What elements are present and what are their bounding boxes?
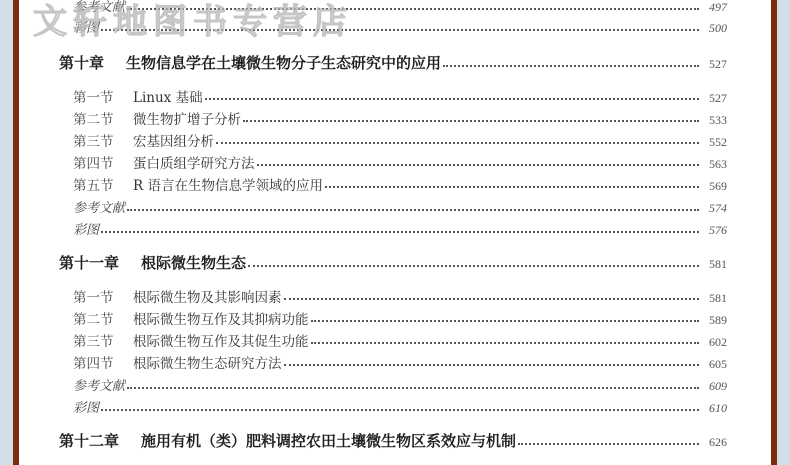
section-number: 第三节	[73, 130, 133, 150]
dot-leader	[443, 65, 699, 67]
entry-label: 参考文献	[73, 375, 125, 394]
dot-leader	[101, 409, 699, 411]
page-number: 589	[705, 313, 727, 328]
section-title: 根际微生物互作及其抑病功能	[133, 308, 309, 328]
toc-section: 第五节 R 语言在生物信息学领域的应用 569	[73, 174, 727, 194]
section-title: Linux 基础	[133, 86, 203, 106]
toc-section: 第三节 宏基因组分析 552	[73, 130, 727, 150]
right-page-border	[771, 0, 777, 465]
entry-label: 参考文献	[73, 197, 125, 216]
section-number: 第二节	[73, 108, 133, 128]
toc-entry-references: 参考文献 609	[73, 375, 727, 394]
toc-chapter-12: 第十二章 施用有机（类）肥料调控农田土壤微生物区系效应与机制 626	[59, 430, 727, 451]
section-number: 第一节	[73, 286, 133, 306]
page-number: 527	[705, 57, 727, 72]
section-number: 第五节	[73, 174, 133, 194]
toc-section: 第二节 微生物扩增子分析 533	[73, 108, 727, 128]
dot-leader	[127, 387, 699, 389]
dot-leader	[518, 443, 699, 445]
dot-leader	[284, 364, 700, 366]
page-number: 563	[705, 157, 727, 172]
page-number: 574	[705, 201, 727, 216]
entry-label: 彩图	[73, 219, 99, 238]
page-number: 626	[705, 435, 727, 450]
dot-leader	[311, 320, 700, 322]
entry-label: 彩图	[73, 397, 99, 416]
section-title: R 语言在生物信息学领域的应用	[133, 174, 323, 194]
page-number: 602	[705, 335, 727, 350]
toc-entry-color-plates-prev: 彩图 500	[73, 17, 727, 36]
section-title: 根际微生物生态研究方法	[133, 352, 282, 372]
chapter-title: 施用有机（类）肥料调控农田土壤微生物区系效应与机制	[141, 430, 516, 451]
section-title: 蛋白质组学研究方法	[133, 152, 255, 172]
dot-leader	[243, 120, 699, 122]
section-number: 第四节	[73, 352, 133, 372]
page-number: 569	[705, 179, 727, 194]
section-title: 根际微生物及其影响因素	[133, 286, 282, 306]
dot-leader	[216, 142, 699, 144]
toc-entry-color-plates: 彩图 610	[73, 397, 727, 416]
toc-entry-references: 参考文献 574	[73, 197, 727, 216]
page-number: 552	[705, 135, 727, 150]
page-number: 497	[705, 0, 727, 15]
toc-chapter-10: 第十章 生物信息学在土壤微生物分子生态研究中的应用 527	[59, 52, 727, 73]
page-number: 527	[705, 91, 727, 106]
section-number: 第二节	[73, 308, 133, 328]
dot-leader	[311, 342, 700, 344]
dot-leader	[127, 209, 699, 211]
chapter-number: 第十二章	[59, 430, 119, 451]
toc-section: 第四节 根际微生物生态研究方法 605	[73, 352, 727, 372]
page-number: 605	[705, 357, 727, 372]
toc-section: 第四节 蛋白质组学研究方法 563	[73, 152, 727, 172]
chapter-title: 根际微生物生态	[141, 252, 246, 273]
page-number: 581	[705, 257, 727, 272]
dot-leader	[205, 98, 699, 100]
left-background-panel	[0, 0, 13, 465]
section-title: 微生物扩增子分析	[133, 108, 241, 128]
section-title: 根际微生物互作及其促生功能	[133, 330, 309, 350]
toc-section: 第二节 根际微生物互作及其抑病功能 589	[73, 308, 727, 328]
section-title: 宏基因组分析	[133, 130, 214, 150]
toc-entry-references-prev: 参考文献 497	[73, 0, 727, 15]
page-number: 500	[705, 21, 727, 36]
section-number: 第三节	[73, 330, 133, 350]
page-number: 610	[705, 401, 727, 416]
section-number: 第一节	[73, 86, 133, 106]
dot-leader	[248, 265, 699, 267]
dot-leader	[284, 298, 700, 300]
toc-page: 参考文献 497 彩图 500 第十章 生物信息学在土壤微生物分子生态研究中的应…	[19, 0, 771, 465]
page-number: 609	[705, 379, 727, 394]
dot-leader	[127, 8, 699, 10]
dot-leader	[101, 231, 699, 233]
toc-section: 第三节 根际微生物互作及其促生功能 602	[73, 330, 727, 350]
toc-entry-color-plates: 彩图 576	[73, 219, 727, 238]
chapter-number: 第十章	[59, 52, 104, 73]
dot-leader	[257, 164, 700, 166]
entry-label: 参考文献	[73, 0, 125, 15]
dot-leader	[325, 186, 699, 188]
page-number: 576	[705, 223, 727, 238]
entry-label: 彩图	[73, 17, 99, 36]
chapter-title: 生物信息学在土壤微生物分子生态研究中的应用	[126, 52, 441, 73]
toc-chapter-11: 第十一章 根际微生物生态 581	[59, 252, 727, 273]
toc-section: 第一节 根际微生物及其影响因素 581	[73, 286, 727, 306]
section-number: 第四节	[73, 152, 133, 172]
chapter-number: 第十一章	[59, 252, 119, 273]
page-number: 533	[705, 113, 727, 128]
right-background-panel	[777, 0, 790, 465]
page-number: 581	[705, 291, 727, 306]
toc-section: 第一节 Linux 基础 527	[73, 86, 727, 106]
dot-leader	[101, 29, 699, 31]
